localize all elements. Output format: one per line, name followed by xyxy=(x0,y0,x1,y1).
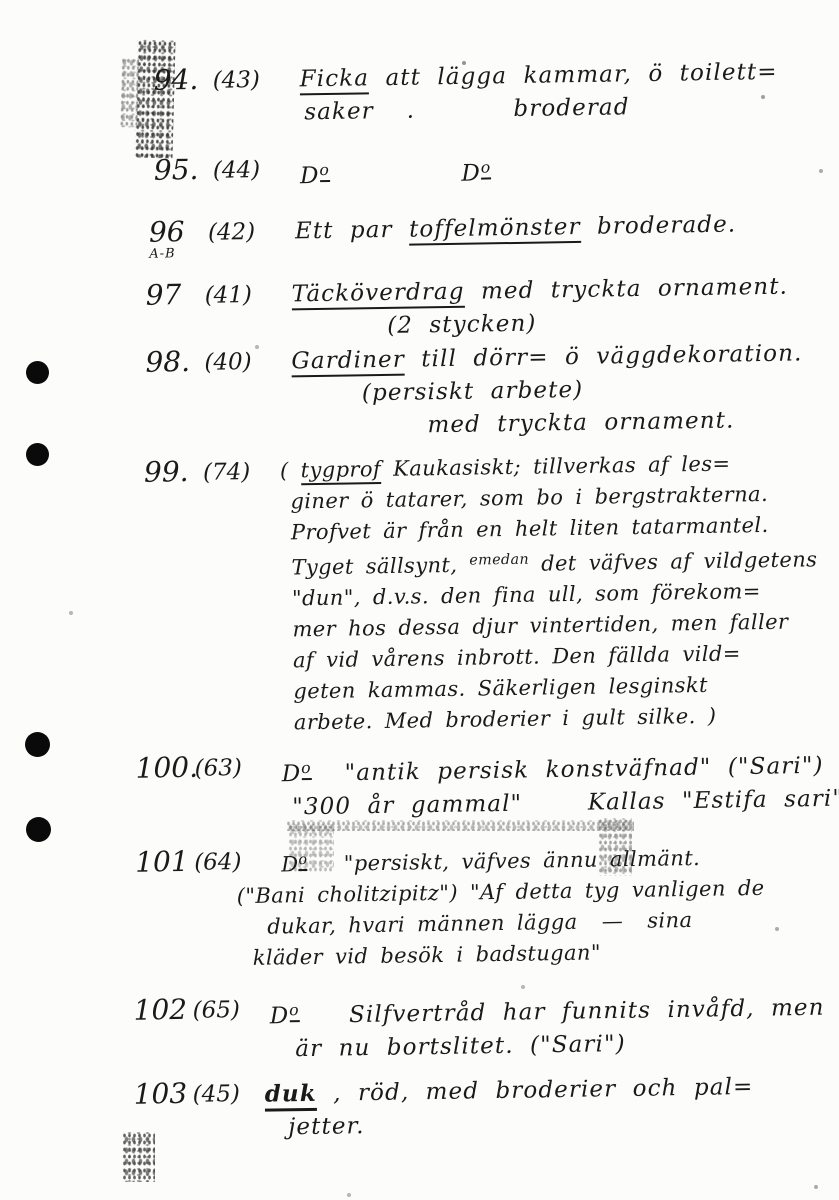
entry-number: 95. xyxy=(154,155,199,186)
text-segment: af vid vårens inbrott. Den fällda vild= xyxy=(293,641,741,672)
underlined-text-segment: o xyxy=(301,758,312,780)
text-segment: broderade. xyxy=(580,211,736,239)
underlined-text-segment: o xyxy=(481,157,492,179)
entry-lines: Do "persiskt, väfves ännu allmänt.("Bani… xyxy=(281,837,830,974)
text-segment: jetter. xyxy=(288,1113,365,1140)
entry-row: 103(45)duk , röd, med broderier och pal=… xyxy=(0,1069,827,1149)
paper-specks xyxy=(0,0,2,2)
text-segment: dukar, hvari männen lägga — sina xyxy=(267,908,693,939)
underlined-text-segment: o xyxy=(289,1000,300,1022)
entry-ref: (63) xyxy=(194,755,242,782)
entry-row: 100.(63)Do "antik persisk konstväfnad" (… xyxy=(0,743,829,829)
entry-lines: Do "antik persisk konstväfnad" ("Sari")"… xyxy=(281,743,829,824)
entry-ref: (43) xyxy=(213,67,261,94)
text-segment: D xyxy=(281,852,299,876)
underlined-text-segment: Gardiner xyxy=(291,347,405,378)
entry-lines: ( tygprof Kaukasiskt; tillverkas af les=… xyxy=(290,447,839,739)
entry-lines: Ficka att lägga kammar, ö toilett=saker … xyxy=(299,55,839,130)
text-segment xyxy=(330,161,462,189)
entry-row: 94.(43)Ficka att lägga kammar, ö toilett… xyxy=(7,55,839,134)
text-segment: Kaukasiskt; tillverkas af les= xyxy=(381,452,731,481)
entry-number: 102 xyxy=(133,995,187,1026)
entry-ref: (65) xyxy=(192,997,240,1024)
entry-lines: Do Do xyxy=(300,145,839,193)
entry-ref: (41) xyxy=(205,282,253,309)
entry-row: 101(64)Do "persiskt, väfves ännu allmänt… xyxy=(0,837,830,978)
text-segment: med tryckta ornament. xyxy=(427,407,734,438)
text-segment: geten kammas. Säkerligen lesginskt xyxy=(293,673,708,704)
text-segment: med tryckta ornament. xyxy=(464,274,788,305)
text-segment: Ett par xyxy=(295,217,410,245)
entry-lines: duk , röd, med broderier och pal=jetter. xyxy=(279,1069,827,1145)
entry-ref: (42) xyxy=(208,219,256,246)
entry-number: 98. xyxy=(145,347,190,378)
underlined-text-segment: Ficka xyxy=(299,65,369,95)
entry-row: 99.(74)( tygprof Kaukasiskt; tillverkas … xyxy=(0,447,839,743)
text-segment: (2 stycken) xyxy=(387,311,537,339)
entry-number: 94. xyxy=(153,65,198,96)
entry-lines: Gardiner till dörr= ö väggdekoration.(pe… xyxy=(291,337,839,445)
entry-ref: (40) xyxy=(204,349,252,376)
text-segment: D xyxy=(282,761,302,787)
entry-line: Do Do xyxy=(300,145,839,193)
entry-ref: (44) xyxy=(213,157,261,184)
underlined-text-segment: o xyxy=(319,160,330,182)
text-segment: ( xyxy=(280,458,301,482)
text-segment: Tyget sällsynt, xyxy=(291,553,469,580)
text-segment: Profvet är från en helt liten tatarmante… xyxy=(291,513,769,544)
entry-line: Ett par toffelmönster broderade. xyxy=(295,207,839,249)
text-segment: D xyxy=(300,163,320,189)
text-segment: arbete. Med broderier i gult silke. ) xyxy=(294,704,717,735)
underlined-text-segment: Täcköverdrag xyxy=(291,279,464,311)
text-segment: saker . broderad xyxy=(304,94,630,125)
entry-line: med tryckta ornament. xyxy=(427,403,839,442)
text-segment: D xyxy=(270,1003,290,1029)
entry-number: 96A-B xyxy=(149,217,185,261)
text-segment: "antik persisk konstväfnad" ("Sari") xyxy=(312,753,824,787)
text-segment: , röd, med broderier och pal= xyxy=(317,1074,754,1107)
entry-lines: Ett par toffelmönster broderade. xyxy=(295,207,839,249)
text-segment: är nu bortslitet. ("Sari") xyxy=(295,1031,626,1062)
entry-ref: (45) xyxy=(192,1081,240,1108)
text-segment: "dun", d.v.s. den fina ull, som förekom= xyxy=(292,579,761,610)
text-segment: (persiskt arbete) xyxy=(362,377,584,406)
text-segment: mer hos dessa djur vintertiden, men fall… xyxy=(292,610,788,642)
underlined-text-segment: tygprof xyxy=(300,457,381,485)
entry-number: 101 xyxy=(135,847,189,878)
entry-row: 102(65)Do Silfvertråd har funnits invåfd… xyxy=(0,985,827,1071)
entry-number: 97 xyxy=(145,280,181,311)
entry-row: 95.(44)Do Do xyxy=(8,145,839,198)
entry-lines: Do Silfvertråd har funnits invåfd, menär… xyxy=(279,985,827,1066)
text-segment: giner ö tatarer, som bo i bergstrakterna… xyxy=(290,482,768,513)
text-segment: det väfves af vildgetens xyxy=(529,547,818,576)
text-segment: "persiskt, väfves ännu allmänt. xyxy=(307,846,700,876)
text-segment: kläder vid besök i badstugan" xyxy=(253,941,602,970)
underlined-text-segment: toffelmönster xyxy=(409,214,581,246)
entry-number: 99. xyxy=(144,457,189,488)
scanned-document-page: 94.(43)Ficka att lägga kammar, ö toilett… xyxy=(0,0,839,1200)
text-segment: att lägga kammar, ö toilett= xyxy=(369,59,778,91)
entry-row: 98.(40)Gardiner till dörr= ö väggdekorat… xyxy=(0,337,839,449)
entry-number: 103 xyxy=(133,1079,187,1110)
text-segment: emedan xyxy=(469,552,529,569)
text-segment: D xyxy=(461,160,481,186)
entry-ref: (64) xyxy=(194,849,242,876)
entry-number: 100. xyxy=(135,753,198,784)
text-segment: ("Bani cholitzipitz") "Af detta tyg vanl… xyxy=(237,876,765,908)
text-segment: Silfvertråd har funnits invåfd, men xyxy=(300,995,825,1029)
underlined-text-segment: duk xyxy=(264,1080,317,1112)
text-segment: "300 år gammal" Kallas "Estifa sari". xyxy=(292,785,839,820)
text-segment: till dörr= ö väggdekoration. xyxy=(405,340,803,372)
entry-row: 97(41)Täcköverdrag med tryckta ornament.… xyxy=(0,270,839,349)
entry-ref: (74) xyxy=(203,459,251,486)
entry-lines: Täcköverdrag med tryckta ornament.(2 sty… xyxy=(291,270,839,345)
entry-row: 96A-B(42)Ett par toffelmönster broderade… xyxy=(3,207,839,253)
entry-number-sub: A-B xyxy=(149,247,185,261)
